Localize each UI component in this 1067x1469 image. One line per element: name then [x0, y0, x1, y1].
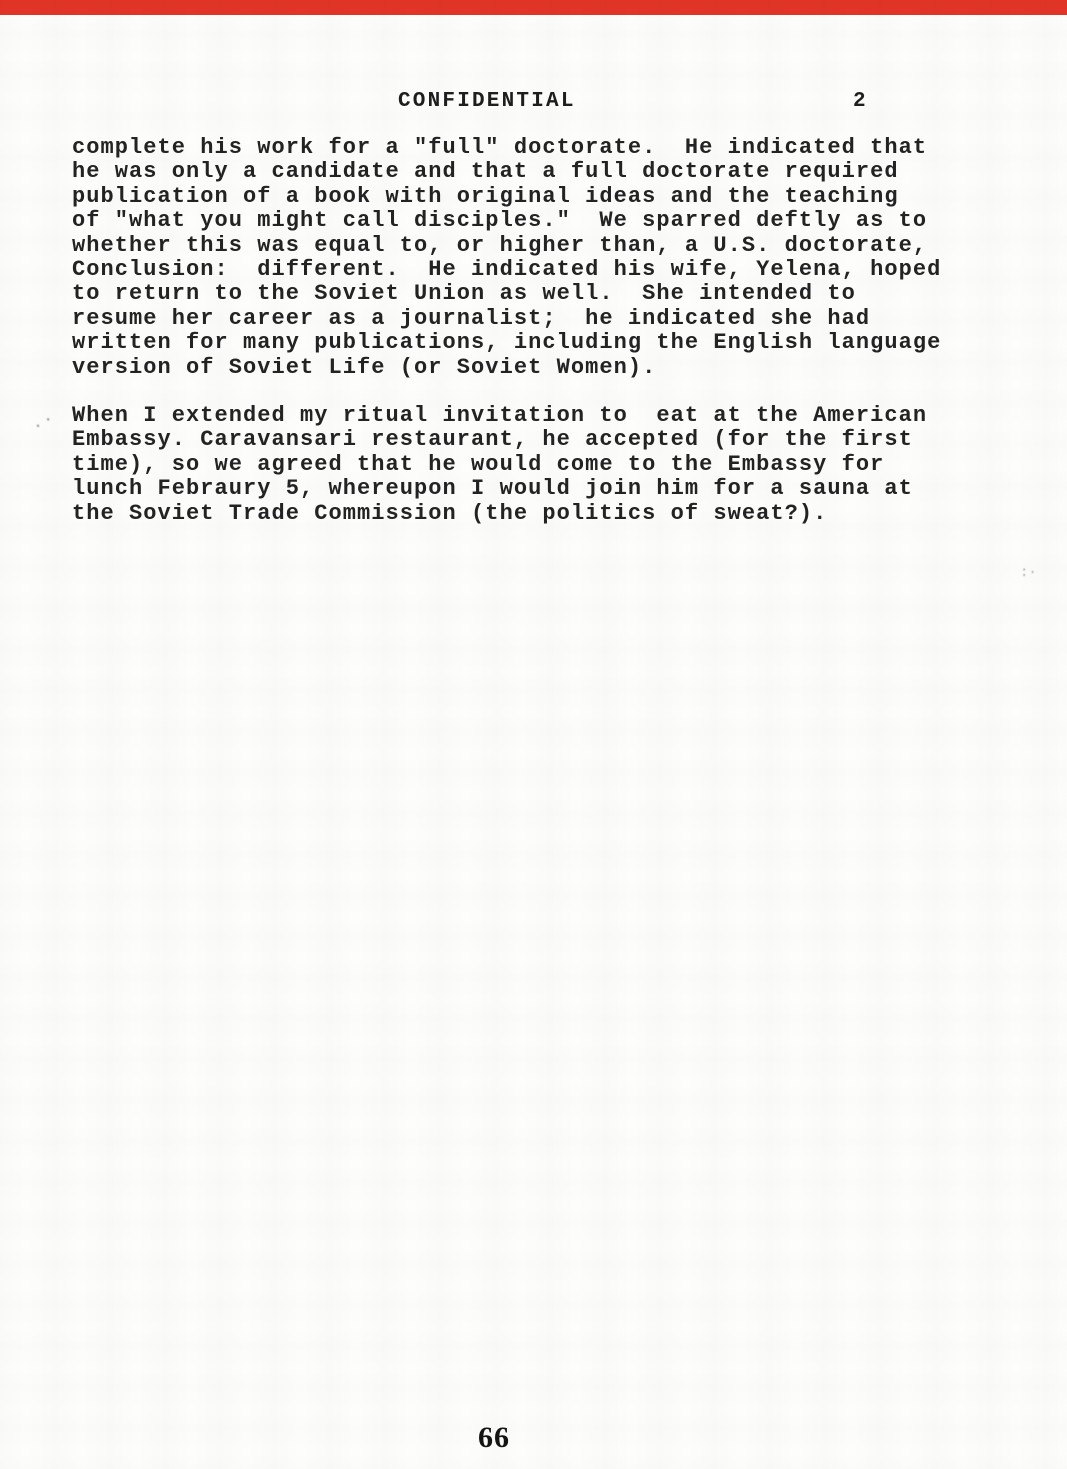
paragraph-doctorate: complete his work for a "full" doctorate…: [72, 136, 952, 380]
text-line: to return to the Soviet Union as well. S…: [72, 282, 952, 306]
text-line: of "what you might call disciples." We s…: [72, 209, 952, 233]
text-line: resume her career as a journalist; he in…: [72, 307, 952, 331]
text-line: whether this was equal to, or higher tha…: [72, 234, 952, 258]
paragraph-invitation: When I extended my ritual invitation to …: [72, 404, 952, 526]
classification-header: CONFIDENTIAL: [398, 90, 576, 113]
text-line: lunch Febraury 5, whereupon I would join…: [72, 477, 952, 501]
page-number: 2: [853, 90, 866, 113]
text-line: publication of a book with original idea…: [72, 185, 952, 209]
text-line: version of Soviet Life (or Soviet Women)…: [72, 356, 952, 380]
scan-artifact-left-margin: .·: [30, 409, 58, 433]
page-header: CONFIDENTIAL 2: [0, 90, 1067, 114]
text-line: Conclusion: different. He indicated his …: [72, 258, 952, 282]
scan-artifact-right-speck: :·: [1020, 565, 1037, 581]
text-line: he was only a candidate and that a full …: [72, 160, 952, 184]
text-line: time), so we agreed that he would come t…: [72, 453, 952, 477]
folio-number: 66: [478, 1421, 588, 1455]
scanned-document-page: CONFIDENTIAL 2 complete his work for a "…: [0, 0, 1067, 1469]
text-line: complete his work for a "full" doctorate…: [72, 136, 952, 160]
text-line: When I extended my ritual invitation to …: [72, 404, 952, 428]
classification-color-bar: [0, 0, 1067, 15]
text-line: written for many publications, including…: [72, 331, 952, 355]
text-line: the Soviet Trade Commission (the politic…: [72, 502, 952, 526]
text-line: Embassy. Caravansari restaurant, he acce…: [72, 428, 952, 452]
